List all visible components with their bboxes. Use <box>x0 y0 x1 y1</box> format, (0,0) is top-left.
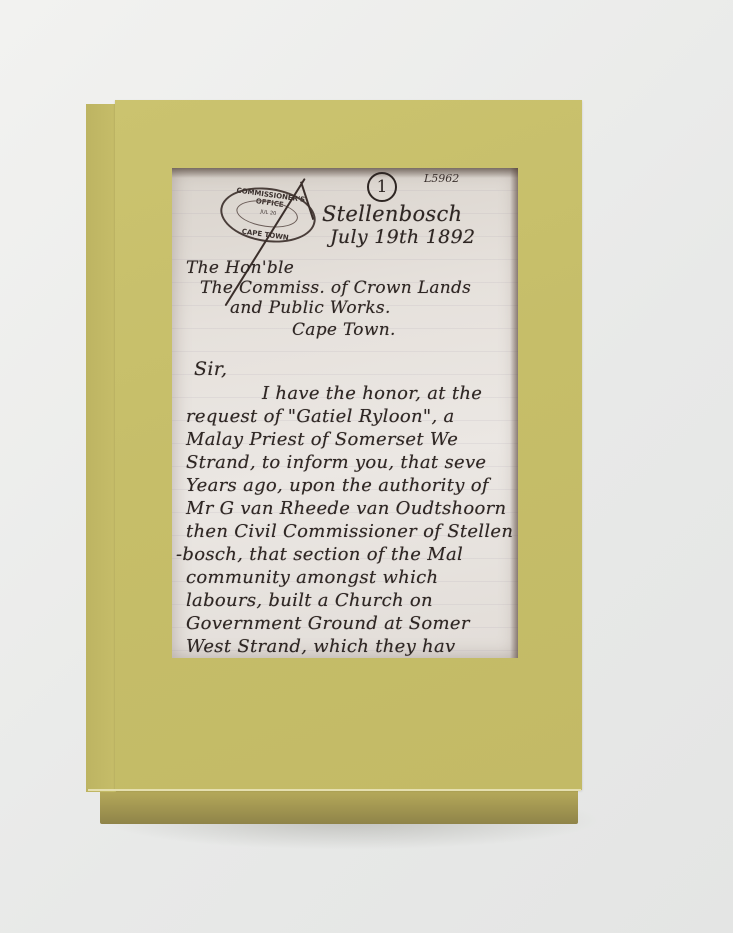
book-spine-edge <box>86 104 116 792</box>
body-line: then Civil Commissioner of Stellen <box>186 521 513 542</box>
book-page-edge <box>100 788 578 824</box>
body-line: request of "Gatiel Ryloon", a <box>186 406 455 427</box>
book-edge-highlight <box>88 789 581 791</box>
body-line: community amongst which <box>186 567 438 588</box>
body-line: West Strand, which they hav <box>186 636 455 657</box>
letter-top-shade <box>172 168 518 178</box>
body-line: I have the honor, at the <box>262 383 482 404</box>
body-line: Strand, to inform you, that seve <box>186 452 486 473</box>
letter-date: July 19th 1892 <box>330 226 475 248</box>
circled-number: 1 <box>367 172 397 202</box>
address-line: Cape Town. <box>292 320 396 340</box>
letter-image: COMMISSIONER'S OFFICE JUL 20 CAPE TOWN 1… <box>172 168 518 658</box>
body-line: Years ago, upon the authority of <box>186 475 489 496</box>
reference-number: L5962 <box>424 172 459 185</box>
address-line: and Public Works. <box>230 298 391 318</box>
body-line: Government Ground at Somer <box>186 613 470 634</box>
body-line: -bosch, that section of the Mal <box>176 544 463 565</box>
address-line: The Hon'ble <box>186 258 294 278</box>
body-line: labours, built a Church on <box>186 590 433 611</box>
salutation: Sir, <box>194 358 227 380</box>
letter-right-shade <box>510 168 518 658</box>
body-line: Malay Priest of Somerset We <box>186 429 458 450</box>
letter-place: Stellenbosch <box>322 202 462 226</box>
address-line: The Commiss. of Crown Lands <box>200 278 471 298</box>
body-line: Mr G van Rheede van Oudtshoorn <box>186 498 506 519</box>
